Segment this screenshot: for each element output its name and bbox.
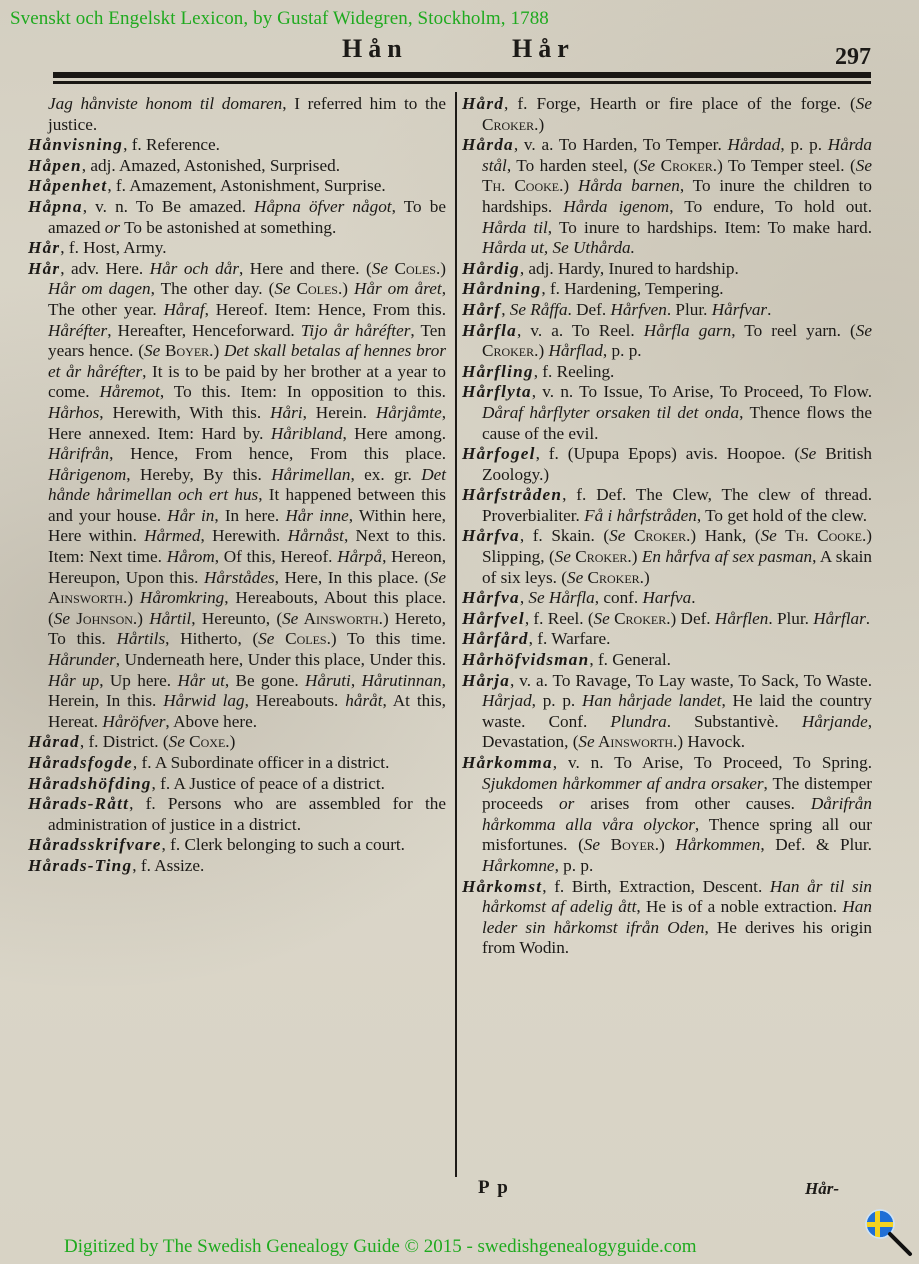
swedish-phrase: Jag hånviste honom til domaren	[48, 94, 282, 113]
swedish-phrase: Hårutinnan	[361, 671, 441, 690]
swedish-phrase: Hår om året	[354, 279, 442, 298]
dictionary-entry: Hårda, v. a. To Harden, To Temper. Hårda…	[462, 135, 872, 259]
reference-author: Croker.	[571, 547, 632, 566]
swedish-phrase: Se	[169, 732, 185, 751]
swedish-phrase: Hårjande	[802, 712, 868, 731]
definition-text: , f. Warfare.	[529, 629, 611, 648]
dictionary-entry: Hårf, Se Råffa. Def. Hårfven. Plur. Hårf…	[462, 300, 872, 321]
definition-text: , f. Forge, Hearth or fire place of the …	[504, 94, 856, 113]
swedish-phrase: Hårpå	[337, 547, 382, 566]
definition-text: , f. Hardening, Tempering.	[541, 279, 723, 298]
swedish-phrase: Se	[282, 609, 298, 628]
definition-text: , v. n. To Arise, To Proceed, To Spring.	[553, 753, 872, 772]
definition-text: , To get hold of the clew.	[697, 506, 867, 525]
swedish-phrase: Se Råffa	[510, 300, 568, 319]
definition-text: , f. Reeling.	[534, 362, 615, 381]
headword: Hårkomma	[462, 753, 553, 772]
reference-author: Croker.	[610, 609, 671, 628]
definition-text: )	[440, 259, 446, 278]
headword: Hårad	[28, 732, 80, 751]
dictionary-entry: Hårhöfvidsman, f. General.	[462, 650, 872, 671]
swedish-phrase: Hårjåmte	[376, 403, 442, 422]
header-rule-thick	[53, 72, 871, 78]
headword: Håradshöfding	[28, 774, 152, 793]
swedish-phrase: Hår om dagen	[48, 279, 151, 298]
definition-text: , f. Clerk belonging to such a court.	[162, 835, 405, 854]
definition-text: , p. p.	[555, 856, 594, 875]
definition-text: , To inure to hardships. Item: To make h…	[548, 218, 872, 237]
definition-text: )	[230, 732, 236, 751]
definition-text: , Herewith, With this.	[99, 403, 270, 422]
dictionary-entry: Hårflyta, v. n. To Issue, To Arise, To P…	[462, 382, 872, 444]
definition-text: , To reel yarn. (	[731, 321, 856, 340]
dictionary-entry: Hårads-Rått, f. Persons who are assemble…	[28, 794, 446, 835]
definition-text: , ex. gr.	[350, 465, 421, 484]
headword: Håpna	[28, 197, 83, 216]
headword: Hård	[462, 94, 504, 113]
definition-text: ) Def.	[671, 609, 715, 628]
reference-author: Th. Cooke.	[482, 176, 563, 195]
swedish-phrase: Se	[800, 444, 816, 463]
definition-text: , Here, In this place. (	[275, 568, 430, 587]
definition-text: , To endure, To hold out.	[669, 197, 872, 216]
reference-author: Boyer.	[600, 835, 659, 854]
dictionary-entry: Hårfla, v. a. To Reel. Hårfla garn, To r…	[462, 321, 872, 362]
swedish-phrase: Se	[430, 568, 446, 587]
definition-text: arises from other causes.	[574, 794, 811, 813]
headword: Hårja	[462, 671, 510, 690]
headword: Håradsskrifvare	[28, 835, 162, 854]
swedish-phrase: Se	[856, 156, 872, 175]
swedish-phrase: Hår in	[167, 506, 214, 525]
swedish-phrase: Se	[761, 526, 777, 545]
swedish-phrase: Hårhos	[48, 403, 99, 422]
dictionary-entry: Hårfård, f. Warfare.	[462, 629, 872, 650]
definition-text: , f. District. (	[80, 732, 169, 751]
dictionary-entry: Hårfva, f. Skain. (Se Croker.) Hank, (Se…	[462, 526, 872, 588]
watermark-top: Svenskt och Engelskt Lexicon, by Gustaf …	[10, 8, 549, 30]
swedish-phrase: Harfva	[643, 588, 692, 607]
dictionary-entry: Hårfogel, f. (Upupa Epops) avis. Hoopoe.…	[462, 444, 872, 485]
page-number: 297	[835, 44, 871, 71]
reference-author: Ainsworth.	[595, 732, 678, 751]
swedish-phrase: Hårwid lag	[163, 691, 244, 710]
headword: Hårads-Ting	[28, 856, 132, 875]
dictionary-entry: Håradsfogde, f. A Subordinate officer in…	[28, 753, 446, 774]
definition-text: , v. n. To Issue, To Arise, To Proceed, …	[532, 382, 872, 401]
swedish-phrase: Se	[594, 609, 610, 628]
headword: Hårdig	[462, 259, 520, 278]
dictionary-entry: Håradsskrifvare, f. Clerk belonging to s…	[28, 835, 446, 856]
swedish-phrase: Håruti	[305, 671, 351, 690]
left-column: Jag hånviste honom til domaren, I referr…	[28, 94, 446, 877]
swedish-phrase: Hårfla garn	[644, 321, 731, 340]
swedish-phrase: Se	[258, 629, 274, 648]
swedish-phrase: Håpna öfver något	[254, 197, 392, 216]
swedish-phrase: Hår och dår	[150, 259, 239, 278]
dictionary-entry: Hårfling, f. Reeling.	[462, 362, 872, 383]
reference-author: Th. Cooke.	[777, 526, 866, 545]
headword: Hårfling	[462, 362, 534, 381]
definition-text: ,	[501, 300, 510, 319]
definition-text: , Hitherto, (	[165, 629, 258, 648]
swedish-phrase: Hår inne	[285, 506, 348, 525]
definition-text: , f. Assize.	[132, 856, 204, 875]
headword: Håpenhet	[28, 176, 107, 195]
definition-text: , f. Birth, Extraction, Descent.	[542, 877, 770, 896]
swedish-phrase: Se	[372, 259, 388, 278]
reference-author: Croker.	[655, 156, 717, 175]
swedish-phrase: Få i hårfstråden	[584, 506, 697, 525]
swedish-phrase: Se	[274, 279, 290, 298]
definition-text: , Hereof. Item: Hence, From this.	[205, 300, 446, 319]
reference-author: Johnson.	[70, 609, 137, 628]
definition-text: , To harden steel, (	[507, 156, 639, 175]
headword: Hårda	[462, 135, 514, 154]
swedish-phrase: Håremot	[99, 382, 159, 401]
headword: Hårfstråden	[462, 485, 562, 504]
swedish-phrase: Se	[609, 526, 625, 545]
definition-text: , In here.	[214, 506, 285, 525]
swedish-phrase: Hårtils	[116, 629, 165, 648]
swedish-phrase: Hårjad	[482, 691, 532, 710]
definition-text: ) Hank, (	[690, 526, 760, 545]
catchword: Hår-	[805, 1179, 839, 1199]
header-rule-thin	[53, 81, 871, 84]
swedish-phrase: Hårfven	[611, 300, 667, 319]
dictionary-entry: Håpna, v. n. To Be amazed. Håpna öfver n…	[28, 197, 446, 238]
headword: Hårads-Rått	[28, 794, 129, 813]
headword: Hårfla	[462, 321, 517, 340]
swedish-phrase: En hårfva af sex pasman	[642, 547, 812, 566]
swedish-phrase: Han hårjade landet	[582, 691, 722, 710]
reference-author: Ainsworth.	[48, 588, 127, 607]
definition-text: , adj. Amazed, Astonished, Surprised.	[82, 156, 340, 175]
swedish-phrase: Se	[54, 609, 70, 628]
reference-author: Croker.	[583, 568, 644, 587]
swedish-phrase: Hårtil	[149, 609, 191, 628]
headword: Hårfva	[462, 526, 520, 545]
swedish-phrase: Hårkommen	[675, 835, 760, 854]
definition-text: . Def.	[568, 300, 611, 319]
reference-author: Croker.	[625, 526, 690, 545]
signature-mark: P p	[478, 1177, 510, 1199]
swedish-phrase: Håréfter	[48, 321, 107, 340]
watermark-bottom: Digitized by The Swedish Genealogy Guide…	[64, 1236, 697, 1258]
definition-text: , Here among.	[342, 424, 446, 443]
definition-text: )	[632, 547, 642, 566]
swedish-phrase: Hårda til	[482, 218, 548, 237]
swedish-phrase: Se	[567, 568, 583, 587]
definition-text: , f. Reel. (	[525, 609, 594, 628]
definition-text: .	[866, 609, 870, 628]
definition-text: , conf.	[595, 588, 643, 607]
definition-text: )	[659, 835, 675, 854]
definition-text: , p. p.	[603, 341, 642, 360]
dictionary-entry: Hårfva, Se Hårfla, conf. Harfva.	[462, 588, 872, 609]
definition-text: )	[342, 279, 354, 298]
entry-continuation: Jag hånviste honom til domaren, I referr…	[28, 94, 446, 135]
definition-text: , Hereabouts.	[245, 691, 346, 710]
swedish-phrase: Se	[555, 547, 571, 566]
running-head-right-word: Hår	[512, 34, 575, 64]
dictionary-entry: Hårja, v. a. To Ravage, To Lay waste, To…	[462, 671, 872, 753]
definition-text: , v. n. To Be amazed.	[83, 197, 254, 216]
reference-author: Coles.	[388, 259, 440, 278]
swedish-phrase: Håribland	[271, 424, 343, 443]
reference-author: Coles.	[274, 629, 330, 648]
swedish-phrase: Hårnåst	[288, 526, 344, 545]
definition-text: , Def. & Plur.	[760, 835, 872, 854]
headword: Hårkomst	[462, 877, 542, 896]
headword: Hårfård	[462, 629, 529, 648]
dictionary-entry: Hårad, f. District. (Se Coxe.)	[28, 732, 446, 753]
swedish-phrase: Håröfver	[102, 712, 165, 731]
swedish-phrase: Hårmed	[144, 526, 200, 545]
definition-text: , Hereafter, Henceforward.	[107, 321, 301, 340]
definition-text: , f. Amazement, Astonishment, Surprise.	[107, 176, 385, 195]
swedish-phrase: Hårdad	[728, 135, 781, 154]
definition-text: , Here and there. (	[239, 259, 372, 278]
swedish-phrase: Se	[578, 732, 594, 751]
definition-text: )	[127, 588, 140, 607]
swedish-phrase: Dåraf hårflyter orsaken til det onda	[482, 403, 739, 422]
swedish-phrase: Hårunder	[48, 650, 116, 669]
dictionary-entry: Hårkomma, v. n. To Arise, To Proceed, To…	[462, 753, 872, 877]
running-head-left-word: Hån	[342, 34, 408, 64]
definition-text: , f. (Upupa Epops) avis. Hoopoe. (	[536, 444, 800, 463]
definition-text: , Herewith.	[201, 526, 288, 545]
definition-text: , Up here.	[99, 671, 177, 690]
dictionary-entry: Hårdig, adj. Hardy, Inured to hardship.	[462, 259, 872, 280]
definition-text: , To this. Item: In opposition to this.	[160, 382, 446, 401]
definition-text: , f. Reference.	[123, 135, 220, 154]
swedish-phrase: or	[105, 218, 120, 237]
definition-text: , Hereby, By this.	[126, 465, 271, 484]
swedish-phrase: Hårkomne	[482, 856, 555, 875]
definition-text: , p. p.	[780, 135, 827, 154]
headword: Hånvisning	[28, 135, 123, 154]
swedish-flag-magnifier-icon	[864, 1208, 914, 1258]
swedish-phrase: Se	[639, 156, 655, 175]
swedish-phrase: Håri	[270, 403, 302, 422]
reference-author: Coxe.	[185, 732, 230, 751]
dictionary-entry: Hår, adv. Here. Hår och dår, Here and th…	[28, 259, 446, 733]
definition-text: , f. Host, Army.	[60, 238, 166, 257]
swedish-phrase: Hårfvar	[712, 300, 767, 319]
swedish-phrase: Hår ut	[177, 671, 224, 690]
dictionary-entry: Hårads-Ting, f. Assize.	[28, 856, 446, 877]
dictionary-entry: Hånvisning, f. Reference.	[28, 135, 446, 156]
definition-text: .	[691, 588, 695, 607]
swedish-phrase: Hårom	[167, 547, 215, 566]
headword: Hårfvel	[462, 609, 525, 628]
definition-text: , The other day. (	[151, 279, 275, 298]
definition-text: . Plur.	[768, 609, 813, 628]
headword: Hårflyta	[462, 382, 532, 401]
dictionary-entry: Håpen, adj. Amazed, Astonished, Surprise…	[28, 156, 446, 177]
swedish-phrase: Se	[144, 341, 160, 360]
definition-text: , f. General.	[589, 650, 671, 669]
swedish-phrase: Håromkring	[140, 588, 224, 607]
definition-text: )	[538, 341, 548, 360]
headword: Hårfva	[462, 588, 520, 607]
dictionary-entry: Håpenhet, f. Amazement, Astonishment, Su…	[28, 176, 446, 197]
headword: Hårf	[462, 300, 501, 319]
definition-text: , f. A Subordinate officer in a district…	[133, 753, 390, 772]
definition-text: . Substantivè.	[667, 712, 802, 731]
definition-text: ,	[351, 671, 362, 690]
definition-text: , p. p.	[532, 691, 582, 710]
headword: Hårfogel	[462, 444, 536, 463]
swedish-phrase: Se Hårfla	[528, 588, 594, 607]
headword: Hårhöfvidsman	[462, 650, 589, 669]
definition-text: , v. a. To Harden, To Temper.	[514, 135, 728, 154]
definition-text: , f. A Justice of peace of a district.	[152, 774, 385, 793]
reference-author: Croker.	[482, 341, 538, 360]
dictionary-entry: Hårfvel, f. Reel. (Se Croker.) Def. Hårf…	[462, 609, 872, 630]
definition-text: , Hereunto, (	[191, 609, 282, 628]
dictionary-entry: Hård, f. Forge, Hearth or fire place of …	[462, 94, 872, 135]
swedish-phrase: Hårstådes	[204, 568, 275, 587]
dictionary-entry: Håradshöfding, f. A Justice of peace of …	[28, 774, 446, 795]
swedish-phrase: Hårigenom	[48, 465, 126, 484]
reference-author: Ainsworth.	[298, 609, 383, 628]
definition-text: )	[563, 176, 578, 195]
column-divider	[455, 92, 457, 1177]
dictionary-entry: Hår, f. Host, Army.	[28, 238, 446, 259]
swedish-phrase: Hårflen	[715, 609, 768, 628]
definition-text: , Herein.	[303, 403, 376, 422]
dictionary-entry: Hårdning, f. Hardening, Tempering.	[462, 279, 872, 300]
headword: Hår	[28, 238, 60, 257]
reference-author: Croker.	[482, 115, 538, 134]
definition-text: , v. a. To Reel.	[517, 321, 644, 340]
definition-text: , He is of a noble extraction.	[636, 897, 842, 916]
swedish-phrase: Hårimellan	[271, 465, 350, 484]
swedish-phrase: Hår up	[48, 671, 99, 690]
swedish-phrase: Hårda barnen	[578, 176, 680, 195]
definition-text: . Plur.	[667, 300, 712, 319]
definition-text: ) To Temper steel. (	[717, 156, 856, 175]
headword: Håradsfogde	[28, 753, 133, 772]
definition-text: , v. a. To Ravage, To Lay waste, To Sack…	[510, 671, 872, 690]
swedish-phrase: Tijo år håréfter	[301, 321, 411, 340]
swedish-phrase: Håraf	[164, 300, 205, 319]
swedish-phrase: håråt	[345, 691, 382, 710]
swedish-phrase: Hårda igenom	[563, 197, 669, 216]
definition-text: , Be gone.	[225, 671, 305, 690]
running-head: Hån Hår 297	[0, 32, 919, 72]
swedish-phrase: Plundra	[610, 712, 666, 731]
swedish-phrase: Se	[856, 94, 872, 113]
swedish-phrase: or	[559, 794, 574, 813]
definition-text: ) Havock.	[677, 732, 745, 751]
definition-text: , Underneath here, Under this place, Und…	[116, 650, 446, 669]
swedish-phrase: Hårflad	[548, 341, 602, 360]
definition-text: , adv. Here.	[60, 259, 149, 278]
headword: Håpen	[28, 156, 82, 175]
reference-author: Boyer.	[160, 341, 213, 360]
dictionary-entry: Hårfstråden, f. Def. The Clew, The clew …	[462, 485, 872, 526]
definition-text: )	[644, 568, 650, 587]
right-column: Hård, f. Forge, Hearth or fire place of …	[462, 94, 872, 959]
headword: Hår	[28, 259, 60, 278]
reference-author: Coles.	[291, 279, 343, 298]
definition-text: , f. Skain. (	[520, 526, 609, 545]
dictionary-entry: Hårkomst, f. Birth, Extraction, Descent.…	[462, 877, 872, 959]
definition-text: )	[213, 341, 224, 360]
definition-text: , Of this, Hereof.	[215, 547, 337, 566]
headword: Hårdning	[462, 279, 541, 298]
definition-text: )	[137, 609, 149, 628]
swedish-phrase: Hårda ut, Se Uthårda.	[482, 238, 635, 257]
definition-text: ) To this time.	[331, 629, 446, 648]
definition-text: .	[767, 300, 771, 319]
definition-text: )	[538, 115, 544, 134]
definition-text: , adj. Hardy, Inured to hardship.	[520, 259, 739, 278]
definition-text: , Hence, From hence, From this place.	[109, 444, 446, 463]
definition-text: , Above here.	[165, 712, 257, 731]
definition-text: To be astonished at something.	[120, 218, 336, 237]
swedish-phrase: Se	[584, 835, 600, 854]
swedish-phrase: Hårifrån	[48, 444, 109, 463]
swedish-phrase: Se	[856, 321, 872, 340]
swedish-phrase: Hårflar	[813, 609, 866, 628]
swedish-phrase: Sjukdomen hårkommer af andra orsaker	[482, 774, 764, 793]
